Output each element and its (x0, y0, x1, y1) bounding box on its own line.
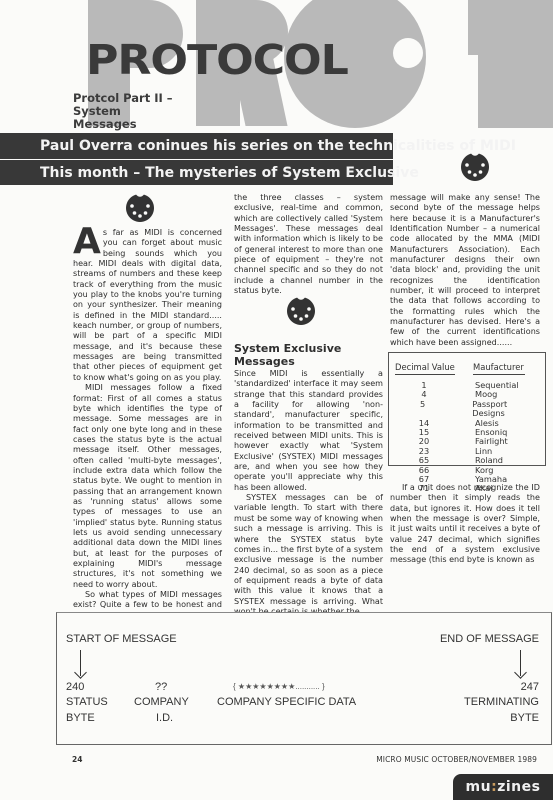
byline-banner: Paul Overra coninues his series on the t… (0, 133, 393, 159)
drop-cap: A (73, 228, 101, 256)
table-row: 66Korg (395, 466, 539, 475)
status-label: STATUS (66, 696, 108, 708)
company-label: COMPANY (134, 696, 189, 708)
arrow-head-icon (514, 666, 527, 679)
byte-label: BYTE (510, 712, 539, 724)
section-heading: System Exclusive Messages (234, 343, 384, 368)
byte-label: BYTE (66, 712, 95, 724)
manufacturer-id-table: Decimal Value Maufacturer 1Sequential 4M… (388, 352, 546, 466)
table-row: 4Moog (395, 390, 539, 399)
table-row: 15Ensoniq (395, 428, 539, 437)
company-specific-data-label: COMPANY SPECIFIC DATA (217, 696, 356, 708)
column-header-manufacturer: Maufacturer (473, 362, 525, 375)
company-id-value: ?? (155, 681, 167, 693)
sysex-message-diagram: START OF MESSAGE 240 STATUS BYTE ?? COMP… (56, 612, 552, 745)
topic-banner: This month – The mysteries of System Exc… (0, 159, 393, 185)
status-byte-value: 240 (66, 681, 84, 693)
paragraph: the three classes – system exclusive, re… (234, 193, 383, 296)
table-row: 5Passport Designs (395, 400, 539, 419)
paragraph: MIDI messages follow a fixed format: Fir… (73, 383, 222, 590)
article-column-2-bottom: Since MIDI is essentially a 'standardize… (234, 369, 383, 617)
subtitle-line-1: Protcol Part II – System (73, 92, 213, 118)
article-subtitle: Protcol Part II – System Messages (73, 92, 213, 131)
paragraph: Since MIDI is essentially a 'standardize… (234, 369, 383, 493)
article-column-1: As far as MIDI is concerned you can forg… (73, 228, 222, 621)
table-header: Decimal Value Maufacturer (395, 362, 539, 375)
table-row: 1Sequential (395, 381, 539, 390)
paragraph: SYSTEX messages can be of variable lengt… (234, 493, 383, 617)
paragraph: message will make any sense! The second … (390, 193, 540, 348)
midi-din-connector-icon (125, 193, 155, 223)
subtitle-line-2: Messages (73, 118, 213, 131)
table-row: 14Alesis (395, 419, 539, 428)
arrow-head-icon (74, 666, 87, 679)
muzines-logo[interactable]: mu:zines (453, 774, 553, 800)
id-label: I.D. (156, 712, 173, 724)
bg-letter-t-stem (478, 0, 553, 128)
intro-paragraph: As far as MIDI is concerned you can forg… (73, 228, 222, 383)
magazine-issue: MICRO MUSIC OCTOBER/NOVEMBER 1989 (376, 755, 537, 764)
page-number: 24 (72, 755, 82, 764)
masthead-title: PROTOCOL (86, 40, 348, 81)
terminating-byte-value: 247 (521, 681, 539, 693)
article-column-3-top: message will make any sense! The second … (390, 193, 540, 348)
article-column-3-bottom: If a unit does not recognize the ID numb… (390, 483, 540, 566)
table-row: 65Roland (395, 456, 539, 465)
terminating-label: TERMINATING (464, 696, 539, 708)
column-header-decimal: Decimal Value (395, 362, 455, 375)
paragraph: If a unit does not recognize the ID numb… (390, 483, 540, 566)
bg-letter-o-hole (393, 38, 423, 68)
midi-din-connector-icon (286, 296, 316, 326)
article-column-2-top: the three classes – system exclusive, re… (234, 193, 383, 296)
company-data-value: { ★★★★★★★★........... } (233, 681, 325, 693)
end-of-message-label: END OF MESSAGE (440, 633, 539, 645)
table-row: 23Linn (395, 447, 539, 456)
table-row: 20Fairlight (395, 437, 539, 446)
start-of-message-label: START OF MESSAGE (66, 633, 177, 645)
midi-din-connector-icon (460, 152, 490, 182)
